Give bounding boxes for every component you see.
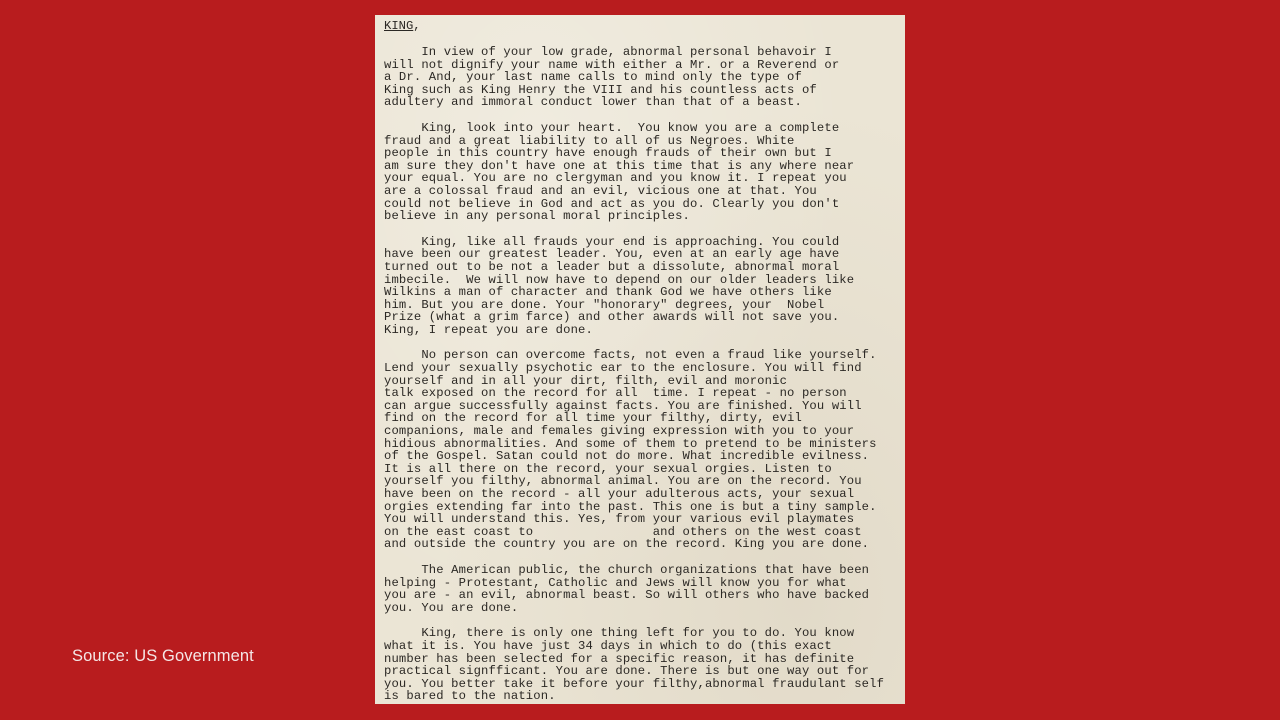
letter-salutation: KING, [384, 20, 905, 33]
typewritten-letter: KING, In view of your low grade, abnorma… [375, 15, 905, 704]
letter-paragraph: King, look into your heart. You know you… [384, 122, 905, 223]
salutation-punctuation: , [413, 19, 420, 33]
letter-paragraph: The American public, the church organiza… [384, 564, 905, 614]
letter-body: In view of your low grade, abnormal pers… [384, 46, 905, 703]
letter-paragraph: King, there is only one thing left for y… [384, 627, 905, 703]
letter-paragraph: In view of your low grade, abnormal pers… [384, 46, 905, 109]
letter-paragraph: No person can overcome facts, not even a… [384, 349, 905, 551]
salutation-name: KING [384, 19, 413, 33]
source-caption: Source: US Government [72, 647, 254, 666]
letter-paragraph: King, like all frauds your end is approa… [384, 236, 905, 337]
